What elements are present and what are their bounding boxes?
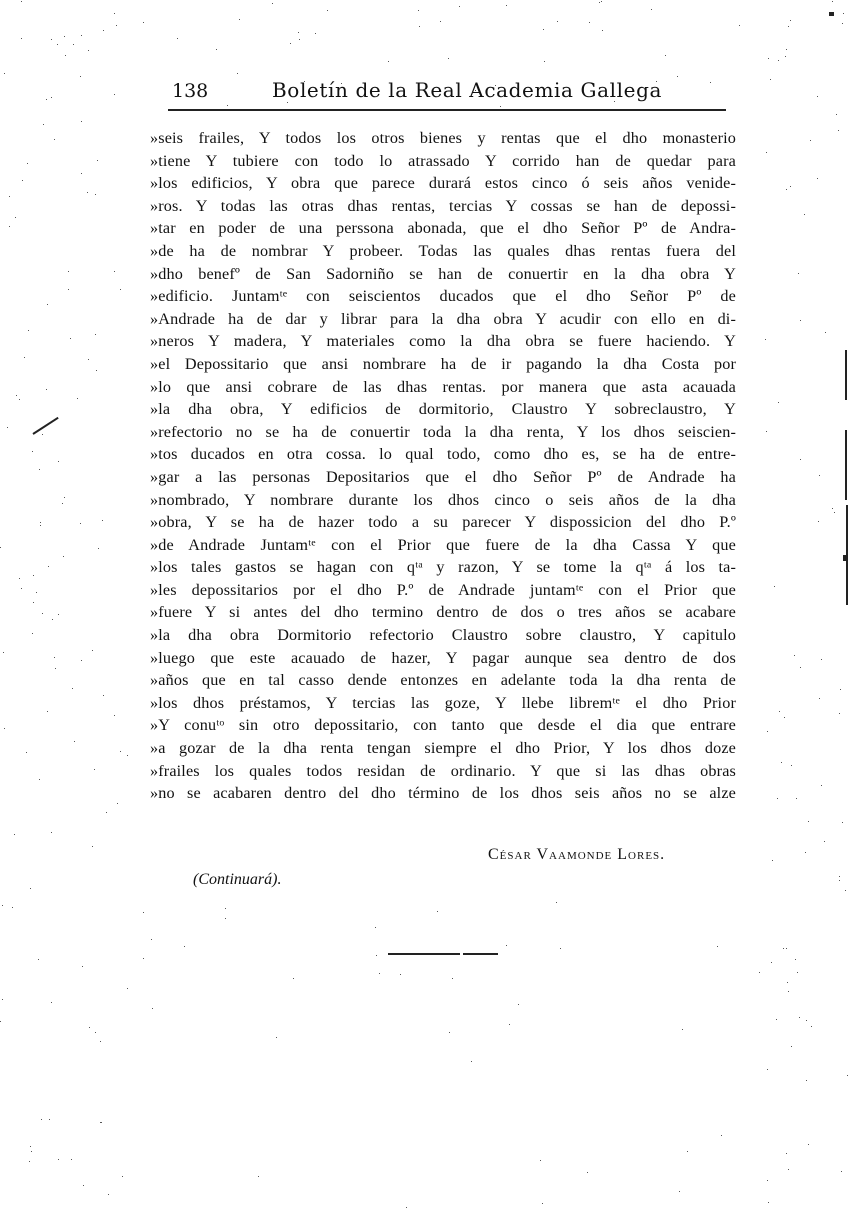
text-line: »lo que ansi cobrare de las dhas rentas.… [150,376,736,399]
text-line: »edificio. Juntamᵗᵉ con seiscientos duca… [150,285,736,308]
text-line: »les depossitarios por el dho P.º de And… [150,579,736,602]
scan-mark [845,430,847,500]
text-line: »ros. Y todas las otras dhas rentas, ter… [150,195,736,218]
scan-mark [32,417,58,435]
header-rule [168,109,726,111]
text-line: »la dha obra, Y edificios de dormitorio,… [150,398,736,421]
text-line: »dho benefº de San Sadorniño se han de c… [150,263,736,286]
text-line: »tar en poder de una perssona abonada, q… [150,217,736,240]
text-line: »de ha de nombrar Y probeer. Todas las q… [150,240,736,263]
text-line: »Y conuᵗᵒ sin otro depossitario, con tan… [150,714,736,737]
end-rule [463,953,498,955]
running-header: 138 Boletín de la Real Academia Gallega [172,78,726,108]
text-line: »los tales gastos se hagan con qᵗᵃ y raz… [150,556,736,579]
text-line: »nombrado, Y nombrare durante los dhos c… [150,489,736,512]
continuation-note: (Continuará). [193,871,281,889]
text-line: »de Andrade Juntamᵗᵉ con el Prior que fu… [150,534,736,557]
text-line: »tos ducados en otra cossa. lo qual todo… [150,443,736,466]
journal-title: Boletín de la Real Academia Gallega [272,78,662,102]
text-line: »el Depossitario que ansi nombrare ha de… [150,353,736,376]
text-line: »Andrade ha de dar y librar para la dha … [150,308,736,331]
text-line: »neros Y madera, Y materiales como la dh… [150,330,736,353]
author-signature: César Vaamonde Lores. [488,846,665,864]
body-text: »seis frailes, Y todos los otros bienes … [150,127,736,805]
text-line: »seis frailes, Y todos los otros bienes … [150,127,736,150]
text-line: »refectorio no se ha de conuertir toda l… [150,421,736,444]
text-line: »gar a las personas Depositarios que el … [150,466,736,489]
page-number: 138 [172,80,208,102]
text-line: »obra, Y se ha de hazer todo a su parece… [150,511,736,534]
text-line: »los dhos préstamos, Y tercias las goze,… [150,692,736,715]
text-line: »los edificios, Y obra que parece durará… [150,172,736,195]
scan-mark [845,350,847,400]
text-line: »a gozar de la dha renta tengan siempre … [150,737,736,760]
text-line: »luego que este acauado de hazer, Y paga… [150,647,736,670]
text-line: »fuere Y si antes del dho termino dentro… [150,601,736,624]
text-line: »años que en tal casso dende entonzes en… [150,669,736,692]
scanned-page: 138 Boletín de la Real Academia Gallega … [0,0,850,1213]
text-line: »no se acabaren dentro del dho término d… [150,782,736,805]
scan-mark [843,555,847,561]
text-line: »la dha obra Dormitorio refectorio Claus… [150,624,736,647]
text-line: »tiene Y tubiere con todo lo atrassado Y… [150,150,736,173]
text-line: »frailes los quales todos residan de ord… [150,760,736,783]
end-rule [388,953,460,955]
scan-mark [829,12,834,16]
